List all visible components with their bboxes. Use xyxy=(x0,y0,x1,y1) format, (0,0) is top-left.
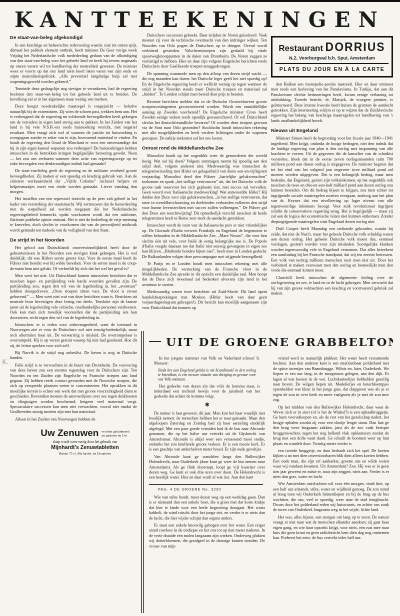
heading-rule-left xyxy=(149,341,161,342)
grabbelton-comment: Het gedeelte van dezen zin dat vóór de k… xyxy=(154,384,260,399)
grabbelton-body-right: vriend werd ze natuurlijk plukken. Het w… xyxy=(273,356,389,541)
paragraph: Intusschen: er is reden voor onbevangenh… xyxy=(10,322,137,348)
column-middle: Duitschers successen geboekt. Daar strij… xyxy=(142,33,267,330)
paragraph: Merkwaardig waren twee berichten uit Zui… xyxy=(142,290,267,311)
paragraph: Minister Simon heeft de begrooting voor … xyxy=(271,136,393,224)
grabbelton-heading-row: UIT DE GROENE GRABBELTON xyxy=(149,333,393,350)
column-middle-content: Duitschers successen geboekt. Daar strij… xyxy=(142,33,267,310)
grabbelton-body-left-b: Wie van stilte houdt, moet dezen weg op … xyxy=(149,495,265,549)
page-title: KANTTEEKENINGEN xyxy=(0,7,400,32)
paragraph: De spanning waarmede men op den afloop v… xyxy=(142,71,267,97)
article-heading-strijd-noorden: De strijd in het Noorden xyxy=(10,238,137,244)
dorrius-ad-name: Restaurant DORRIUS xyxy=(276,41,389,55)
paragraph: Te Parijs en te Londen houdt men intussc… xyxy=(142,262,267,288)
paragraph: den Balkan een monopolie-positie nastree… xyxy=(271,82,393,124)
paragraph: In een krachtige en beheerschte redevoer… xyxy=(10,43,137,85)
paragraph: Wie Amsterdam ontvluchten wil voor één m… xyxy=(273,482,389,513)
paragraph: Het instellen van een repressief toezich… xyxy=(10,197,137,233)
grabbelton-column-left: In het jongste nummer van Volk en Vaderl… xyxy=(149,356,265,551)
zenuwen-ad-header: Uw Zenuwen worden gekalmeerd en gesterkt… xyxy=(36,428,134,439)
column-right-content: Restaurant DORRIUS N.Z. Voorburgwal b.h.… xyxy=(271,36,393,296)
article-body-staat-van-beleg: In een krachtige en beheerschte redevoer… xyxy=(10,43,137,233)
dorrius-ad-address: N.Z. Voorburgwal b.h. Spui, Amsterdam xyxy=(276,56,389,65)
zenuwen-ad-title: Uw Zenuwen xyxy=(41,428,99,439)
dorrius-ad-tagline: PLATS DU JOUR EN À LA CARTE xyxy=(276,67,389,73)
paragraph: Op het midden van den Bullewijker Holend… xyxy=(273,405,389,447)
paragraph: De staat-van-beleg geeft de regeering en… xyxy=(10,169,137,195)
paragraph: Duff Cooper heeft Maandag een radiorede … xyxy=(271,227,393,274)
article-body-strijd-noorden: Het geloof aan Duitschlands onoverwinnel… xyxy=(10,246,137,423)
paragraph: Intusschen wordt de toon van de Italiaan… xyxy=(142,223,267,259)
article-heading-nieuws-engeland: Nieuws uit Engeland xyxy=(271,128,393,134)
column-right: Restaurant DORRIUS N.Z. Voorburgwal b.h.… xyxy=(271,36,393,332)
paragraph: Er staat een enkele knotwilg gebogen ove… xyxy=(149,523,265,549)
column-left: De staat-van-beleg afgekondigd In een kr… xyxy=(10,33,137,520)
paragraph: Het geloof aan Duitschlands onoverwinnel… xyxy=(10,246,137,272)
paragraph: De natuur is laat geweest, dit jaar. Men… xyxy=(149,411,265,453)
zenuwen-ad: Uw Zenuwen worden gekalmeerd en gesterkt… xyxy=(36,428,134,456)
footer-caption-rule xyxy=(149,484,263,485)
margin-pencil-mark: K. xyxy=(1,358,8,367)
zenuwen-ad-topline-2: en gesterkt en Uw xyxy=(102,434,130,438)
article-heading-middellandsche-zee: Onrust rond de Middellandsche Zee xyxy=(142,146,267,152)
paragraph: Van Abcoude kunt ge wandelen langs den B… xyxy=(149,454,265,480)
grabbelton-columns: In het jongste nummer van Volk en Vaderl… xyxy=(149,350,389,608)
zenuwen-ad-bodyline: slaap wordt weer rustig door het gebruik… xyxy=(36,440,134,444)
grabbelton-body-left-a: De natuur is laat geweest, dit jaar. Men… xyxy=(149,411,265,481)
paragraph: Alleen in het Zuiden van Noorwegen hebbe… xyxy=(10,417,137,422)
grabbelton-intro: In het jongste nummer van Volk en Vaderl… xyxy=(154,356,260,366)
article-body-noorden-continuation: Duitschers successen geboekt. Daar strij… xyxy=(142,33,267,141)
paragraph: Mussolini houdt op het oogenblik weer de… xyxy=(142,154,267,222)
paragraph: Bij Narvik is de strijd nog onbeslist. D… xyxy=(10,350,137,360)
paragraph: Recente berichten melden dat in de Duits… xyxy=(142,99,267,141)
paragraph: Churchill heeft intusschen de algemeene … xyxy=(271,275,393,296)
paragraph: Duitschers successen geboekt. Daar strij… xyxy=(142,33,267,69)
grabbelton-quote: Sinds het aan Engeland gelukt is om Scan… xyxy=(158,368,256,382)
article-heading-staat-van-beleg: De staat-van-beleg afgekondigd xyxy=(10,35,137,41)
article-body-zuidslavie-continuation: den Balkan een monopolie-positie nastree… xyxy=(271,82,393,124)
zenuwen-ad-availability: Buisje 75 ct. Bij Apoth. en Drogisten xyxy=(36,452,134,456)
paragraph: Men weet het niet. Uit Duitschland komen… xyxy=(10,274,137,321)
column-left-content: De staat-van-beleg afgekondigd In een kr… xyxy=(10,35,137,456)
top-rule xyxy=(0,0,400,2)
page-footer-caption: PAG. 4 DE GROENE No. 3230 xyxy=(158,487,265,492)
paragraph: een tweede bruggetje, en daar herhaalt z… xyxy=(273,448,389,479)
paragraph: Teneinde deze gedragslijn nog steviger t… xyxy=(10,87,137,103)
dorrius-ad-prefix: Restaurant xyxy=(279,44,323,54)
paragraph: Het was, alles bijeen, een morgen om lan… xyxy=(273,515,389,541)
dorrius-ad: Restaurant DORRIUS N.Z. Voorburgwal b.h.… xyxy=(271,36,393,78)
paragraph: Wie van stilte houdt, moet dezen weg op … xyxy=(149,495,265,521)
grabbelton-section: UIT DE GROENE GRABBELTON In het jongste … xyxy=(141,331,393,613)
zenuwen-ad-toplines: worden gekalmeerd en gesterkt en Uw xyxy=(102,430,130,438)
article-body-middellandsche-zee: Mussolini houdt op het oogenblik weer de… xyxy=(142,154,267,311)
newspaper-page: KANTTEEKENINGEN K. De staat-van-beleg af… xyxy=(0,0,400,616)
paragraph: Deze hoogst noodzakelijke maatregel is t… xyxy=(10,104,137,166)
dorrius-ad-brand: DORRIUS xyxy=(325,41,385,54)
paragraph: vriend werd ze natuurlijk plukken. Het w… xyxy=(273,356,389,403)
star-divider: ✱ xyxy=(149,401,265,408)
article-body-nieuws-engeland: Minister Simon heeft de begrooting voor … xyxy=(271,136,393,296)
grabbelton-title: UIT DE GROENE GRABBELTON xyxy=(166,335,393,349)
grabbelton-column-right: vriend werd ze natuurlijk plukken. Het w… xyxy=(273,356,389,551)
zenuwen-ad-product: Mijnhardt's Zenuwtabletten xyxy=(36,445,134,451)
paragraph: Felle strijd is te verwachten in de buur… xyxy=(10,363,137,415)
